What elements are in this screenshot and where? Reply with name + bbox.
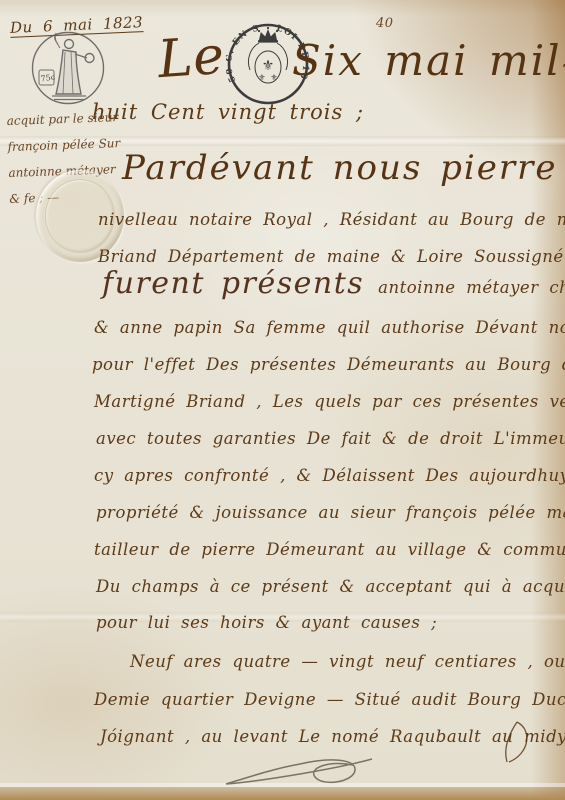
body-line: pour l'effet Des présentes Démeurants au…	[92, 355, 565, 374]
body-line: Du champs à ce présent & acceptant qui à…	[96, 577, 565, 596]
postmark-fleur-de-lis-icon: ⚜	[258, 73, 265, 82]
revenue-stamp-75c-icon: 75c	[30, 28, 106, 108]
paragraph2-opening: furent présents antoinne métayer charpan…	[102, 266, 565, 301]
margin-note-line: françoin pélée Sur	[7, 130, 121, 160]
opening-date-large: Six mai mil⁓	[292, 36, 565, 85]
margin-note-line: acquit par le sieur	[6, 104, 120, 134]
opening-article: Le	[156, 26, 226, 90]
opening-date-continuation: huit Cent vingt trois ;	[92, 100, 364, 124]
body-line: propriété & jouissance au sieur françois…	[96, 503, 565, 522]
body-line: Neuf ares quatre — vingt neuf centiares …	[130, 652, 565, 671]
body-line: Demie quartier Devigne — Situé audit Bou…	[94, 690, 565, 709]
body-line: & anne papin Sa femme quil authorise Dév…	[94, 318, 565, 337]
body-line: avec toutes garanties De fait & de droit…	[96, 429, 565, 448]
paragraph1-opening: Pardévant nous pierre René⁓—	[122, 148, 565, 188]
paragraph2-opening-rest: antoinne métayer charpantier	[378, 278, 565, 297]
postmark-fleur-de-lis-icon: ⚜	[270, 73, 277, 82]
body-line: pour lui ses hoirs & ayant causes ;	[96, 613, 437, 632]
body-line: nivelleau notaire Royal , Résidant au Bo…	[98, 210, 565, 229]
body-line: Briand Département de maine & Loire Sous…	[98, 247, 565, 266]
opening-date-text: Six mai mil	[292, 36, 562, 85]
flourish: ⁓	[562, 44, 565, 84]
body-line: tailleur de pierre Démeurant au village …	[94, 540, 565, 559]
paragraph2-opening-text: furent présents	[102, 266, 364, 301]
small-ink-notation: 40	[376, 16, 394, 31]
pencil-paraph-flourish-icon	[222, 746, 377, 796]
body-line: Martigné Briand , Les quels par ces prés…	[94, 392, 565, 411]
manuscript-page: Du 6 mai 1823 75c Le	[0, 0, 565, 800]
body-line: cy apres confronté , & Délaissent Des au…	[94, 466, 565, 485]
postmark-fleur-de-lis-icon: ⚜	[262, 58, 275, 74]
body-line: Jóignant , au levant Le nomé Raqubault a…	[100, 727, 565, 746]
paragraph1-opening-text: Pardévant nous pierre René	[122, 148, 565, 188]
ink-tail-flourish-icon	[497, 720, 541, 770]
